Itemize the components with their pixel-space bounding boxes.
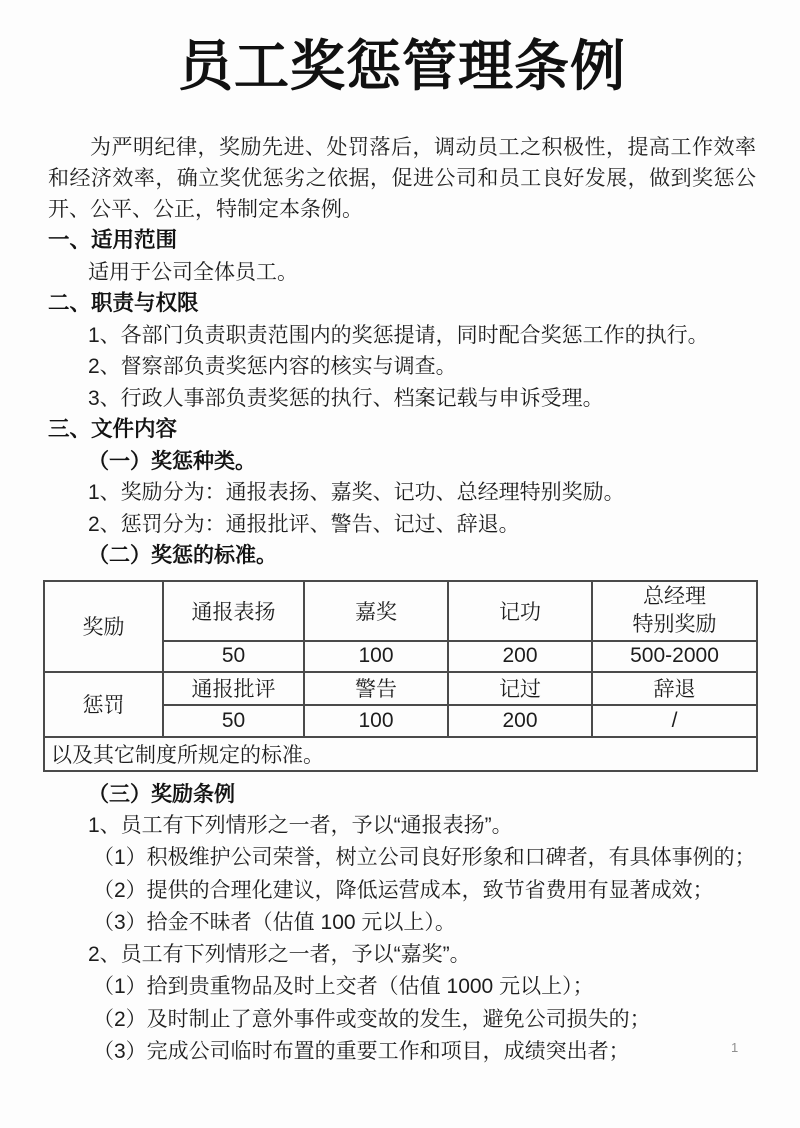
punish-value-cell: 50 bbox=[163, 705, 304, 737]
clause-item: （1）积极维护公司荣誉，树立公司良好形象和口碑者，有具体事例的； bbox=[48, 842, 756, 874]
subsection-heading-types: （一）奖惩种类。 bbox=[48, 446, 756, 478]
duty-item: 1、各部门负责职责范围内的奖惩提请，同时配合奖惩工作的执行。 bbox=[48, 320, 756, 352]
clause-item: （2）及时制止了意外事件或变故的发生，避免公司损失的； bbox=[48, 1004, 756, 1036]
clause-item: （1）拾到贵重物品及时上交者（估值 1000 元以上）； bbox=[48, 971, 756, 1003]
reward-value-cell: 200 bbox=[448, 641, 592, 672]
type-item-rewards: 1、奖励分为：通报表扬、嘉奖、记功、总经理特别奖励。 bbox=[48, 477, 756, 509]
page-title: 员工奖惩管理条例 bbox=[48, 0, 756, 102]
row-label-punish: 惩罚 bbox=[44, 672, 163, 737]
reward-value-cell: 100 bbox=[304, 641, 448, 672]
clause-item: （3）拾金不昧者（估值 100 元以上）。 bbox=[48, 907, 756, 939]
page-number: 1 bbox=[731, 1040, 738, 1055]
standards-table: 奖励 通报表扬 嘉奖 记功 总经理 特别奖励 50 100 200 500-20… bbox=[43, 580, 758, 772]
section-heading-content: 三、文件内容 bbox=[48, 414, 756, 446]
clause-item: （2）提供的合理化建议，降低运营成本，致节省费用有显著成效； bbox=[48, 875, 756, 907]
reward-value-cell: 50 bbox=[163, 641, 304, 672]
punish-type-cell: 记过 bbox=[448, 672, 592, 705]
punish-value-cell: 200 bbox=[448, 705, 592, 737]
intro-paragraph: 为严明纪律，奖励先进、处罚落后，调动员工之积极性，提高工作效率和经济效率，确立奖… bbox=[48, 132, 756, 225]
table-row-reward-types: 奖励 通报表扬 嘉奖 记功 总经理 特别奖励 bbox=[44, 581, 757, 641]
table-row-note: 以及其它制度所规定的标准。 bbox=[44, 737, 757, 771]
punish-type-cell: 辞退 bbox=[592, 672, 757, 705]
reward-type-cell: 通报表扬 bbox=[163, 581, 304, 641]
reward-type-cell: 记功 bbox=[448, 581, 592, 641]
punish-value-cell: 100 bbox=[304, 705, 448, 737]
row-label-reward: 奖励 bbox=[44, 581, 163, 672]
duty-item: 3、行政人事部负责奖惩的执行、档案记载与申诉受理。 bbox=[48, 383, 756, 415]
document-page: 员工奖惩管理条例 为严明纪律，奖励先进、处罚落后，调动员工之积极性，提高工作效率… bbox=[0, 0, 800, 1128]
clause-lead: 1、员工有下列情形之一者，予以“通报表扬”。 bbox=[48, 810, 756, 842]
subsection-heading-reward-clauses: （三）奖励条例 bbox=[48, 779, 756, 811]
clause-lead: 2、员工有下列情形之一者，予以“嘉奖”。 bbox=[48, 939, 756, 971]
clause-item: （3）完成公司临时布置的重要工作和项目，成绩突出者； bbox=[48, 1036, 756, 1068]
punish-type-cell: 通报批评 bbox=[163, 672, 304, 705]
punish-value-cell: / bbox=[592, 705, 757, 737]
type-item-punishments: 2、惩罚分为：通报批评、警告、记过、辞退。 bbox=[48, 509, 756, 541]
duty-item: 2、督察部负责奖惩内容的核实与调查。 bbox=[48, 351, 756, 383]
reward-value-cell: 500-2000 bbox=[592, 641, 757, 672]
reward-type-cell: 总经理 特别奖励 bbox=[592, 581, 757, 641]
table-row-punish-types: 惩罚 通报批评 警告 记过 辞退 bbox=[44, 672, 757, 705]
scope-item: 适用于公司全体员工。 bbox=[48, 257, 756, 289]
section-heading-duties: 二、职责与权限 bbox=[48, 288, 756, 320]
subsection-heading-standards: （二）奖惩的标准。 bbox=[48, 540, 756, 572]
section-heading-scope: 一、适用范围 bbox=[48, 225, 756, 257]
reward-type-cell: 嘉奖 bbox=[304, 581, 448, 641]
table-note: 以及其它制度所规定的标准。 bbox=[44, 737, 757, 771]
punish-type-cell: 警告 bbox=[304, 672, 448, 705]
